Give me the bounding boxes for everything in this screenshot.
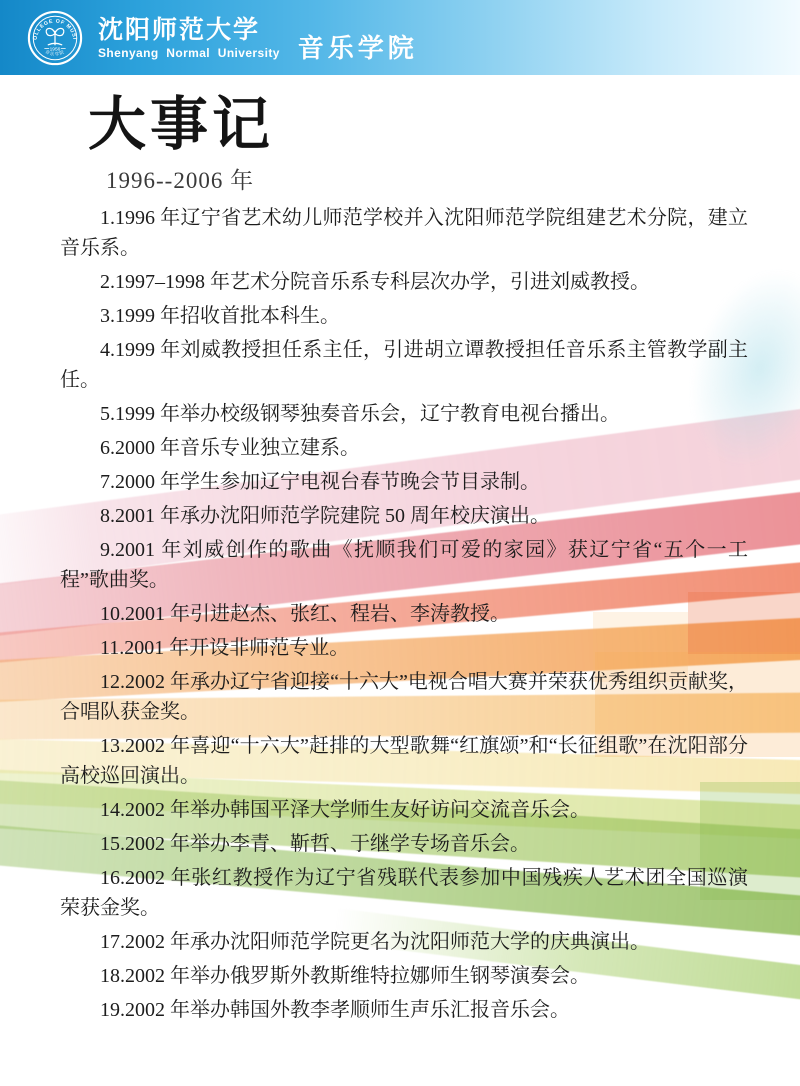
event-item: 10.2001 年引进赵杰、张红、程岩、李涛教授。 [60, 599, 748, 629]
event-item: 5.1999 年举办校级钢琴独奏音乐会，辽宁教育电视台播出。 [60, 399, 748, 429]
event-item: 15.2002 年举办李青、靳哲、于继学专场音乐会。 [60, 829, 748, 859]
events-list: 1.1996 年辽宁省艺术幼儿师范学校并入沈阳师范学院组建艺术分院，建立音乐系。… [60, 203, 748, 1025]
event-item: 3.1999 年招收首批本科生。 [60, 301, 748, 331]
event-item: 16.2002 年张红教授作为辽宁省残联代表参加中国残疾人艺术团全国巡演荣获金奖… [60, 863, 748, 923]
event-item: 14.2002 年举办韩国平泽大学师生友好访问交流音乐会。 [60, 795, 748, 825]
university-name-en: Shenyang Normal University [98, 46, 280, 60]
event-item: 4.1999 年刘威教授担任系主任，引进胡立谭教授担任音乐系主管教学副主任。 [60, 335, 748, 395]
date-range-subtitle: 1996--2006 年 [106, 162, 800, 195]
university-name-cn: 沈阳师范大学 [98, 16, 280, 44]
seal-emblem-icon [46, 28, 64, 44]
event-item: 12.2002 年承办辽宁省迎接“十六大”电视合唱大赛并荣获优秀组织贡献奖，合唱… [60, 667, 748, 727]
page-title: 大事记 [88, 94, 800, 156]
event-item: 8.2001 年承办沈阳师范学院建院 50 周年校庆演出。 [60, 501, 748, 531]
college-name: 音乐学院 [298, 28, 418, 65]
event-item: 11.2001 年开设非师范专业。 [60, 633, 748, 663]
content-area: 大事记 1996--2006 年 1.1996 年辽宁省艺术幼儿师范学校并入沈阳… [0, 88, 800, 1029]
event-item: 2.1997–1998 年艺术分院音乐系专科层次办学，引进刘威教授。 [60, 267, 748, 297]
event-item: 17.2002 年承办沈阳师范学院更名为沈阳师范大学的庆典演出。 [60, 927, 748, 957]
event-item: 19.2002 年举办韩国外教李孝顺师生声乐汇报音乐会。 [60, 995, 748, 1025]
event-item: 18.2002 年举办俄罗斯外教斯维特拉娜师生钢琴演奏会。 [60, 961, 748, 991]
university-name-group: 沈阳师范大学 Shenyang Normal University [98, 16, 280, 60]
event-item: 13.2002 年喜迎“十六大”赶排的大型歌舞“红旗颂”和“长征组歌”在沈阳部分… [60, 731, 748, 791]
document-page: COLLEGE OF MUSIC 1956 音乐学院 沈阳师范大学 Shenya… [0, 0, 800, 1086]
header-banner: COLLEGE OF MUSIC 1956 音乐学院 沈阳师范大学 Shenya… [0, 0, 800, 75]
event-item: 9.2001 年刘威创作的歌曲《抚顺我们可爱的家园》获辽宁省“五个一工程”歌曲奖… [60, 535, 748, 595]
event-item: 6.2000 年音乐专业独立建系。 [60, 433, 748, 463]
event-item: 7.2000 年学生参加辽宁电视台春节晚会节目录制。 [60, 467, 748, 497]
college-seal-logo: COLLEGE OF MUSIC 1956 音乐学院 [26, 9, 84, 67]
event-item: 1.1996 年辽宁省艺术幼儿师范学校并入沈阳师范学院组建艺术分院，建立音乐系。 [60, 203, 748, 263]
